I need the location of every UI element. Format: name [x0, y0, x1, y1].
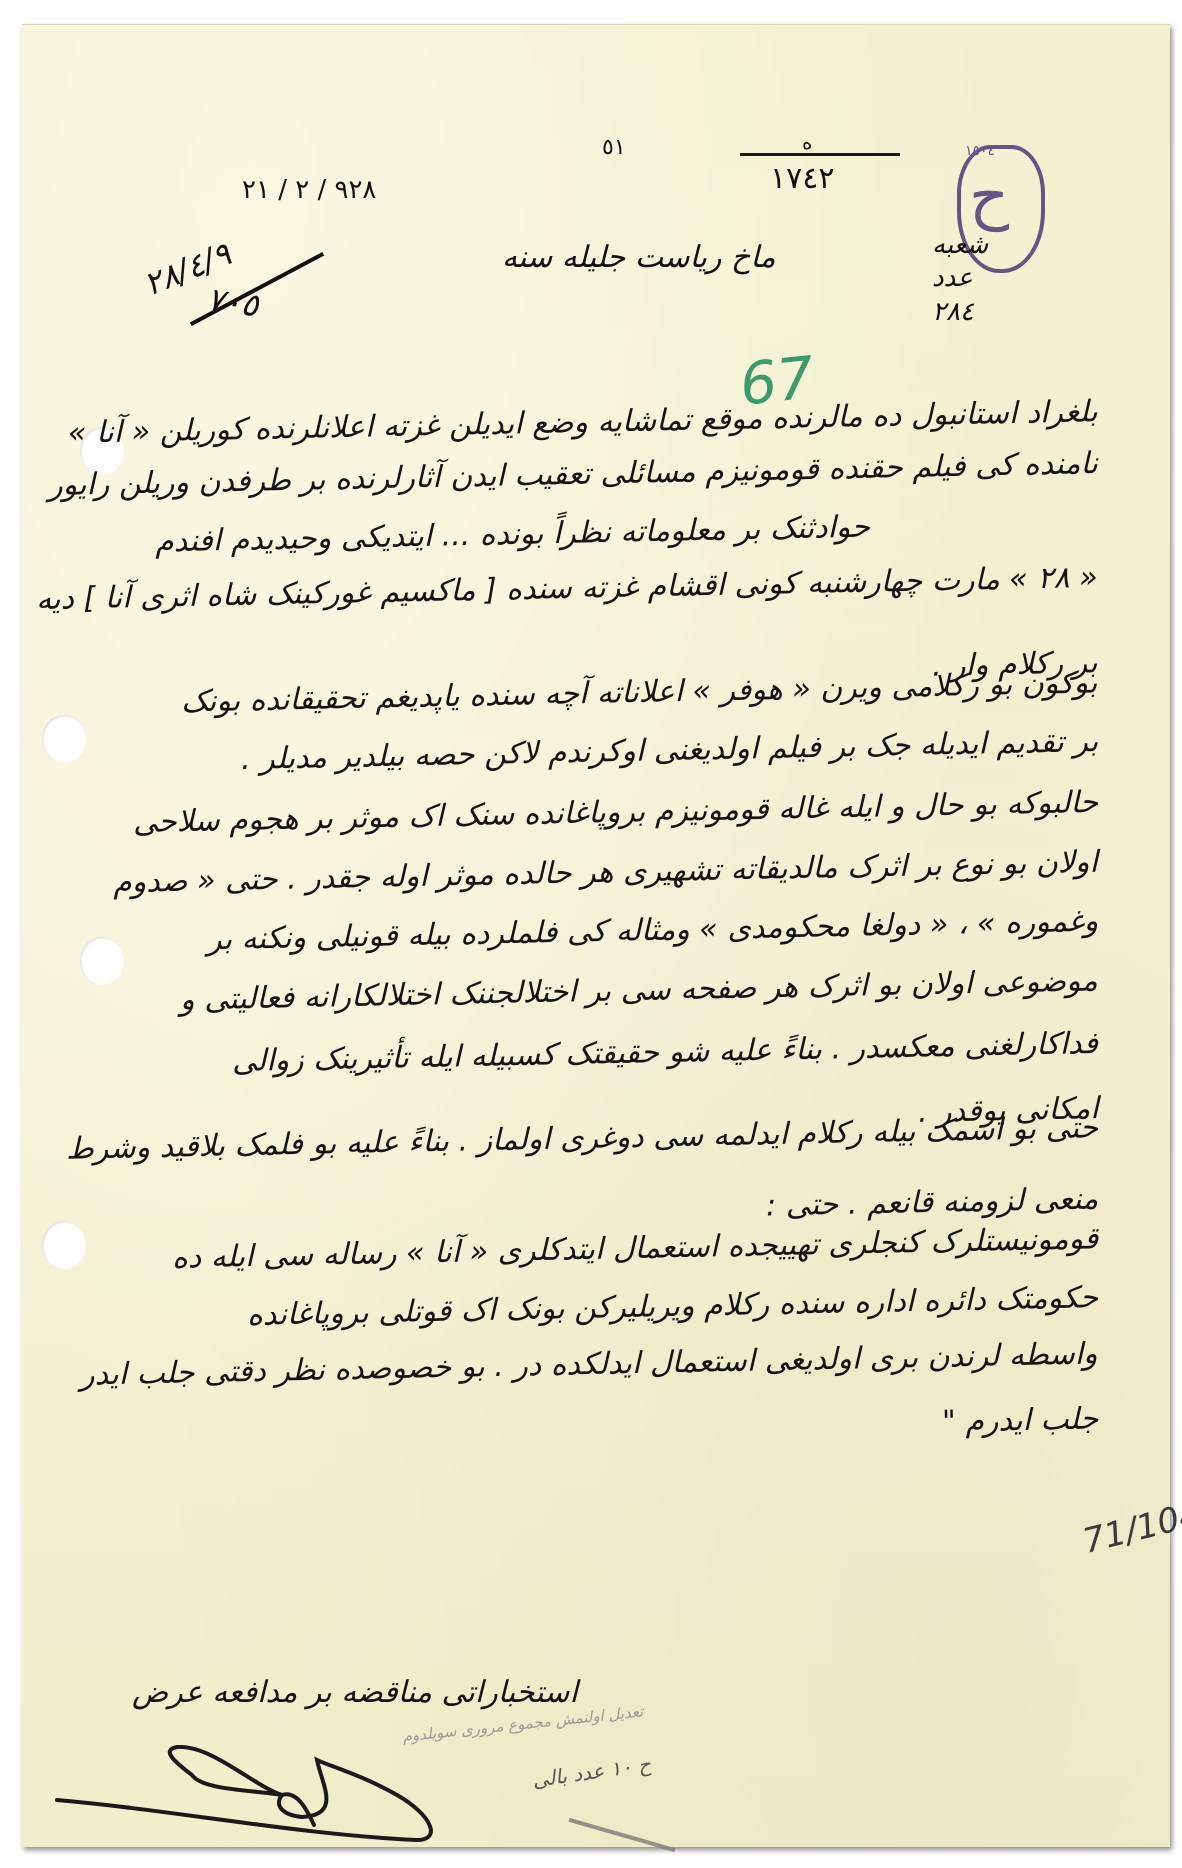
reference-divider-line [740, 153, 900, 156]
addressee-line: ماخ ریاست جلیله سنه [502, 240, 776, 275]
document-page: ٩٢٨ / ٢ / ٢١ ٥١ ه ١٧٤٢ ١٥٠٤ ح ماخ ریاست … [22, 24, 1170, 1847]
punch-hole [42, 715, 86, 763]
body-line: واسطه لرندن بری اولدیغی استعمال ایدلکده … [80, 1336, 1098, 1392]
stamp-digits: ١٥٠٤ [965, 143, 995, 159]
body-line: بر تقدیم ایدیله جک بر فیلم اولدیغنی اوکر… [240, 724, 1098, 777]
closing-line: استخباراتی مناقضه بر مدافعه عرض [132, 1675, 578, 1710]
section-label: شعبه [932, 230, 988, 260]
stamp-monogram-icon: ح [969, 159, 1009, 232]
body-line: جلب ایدرم " [941, 1401, 1098, 1439]
body-line: وغموره » ، « دولغا محکومدی » ومثاله کی ف… [206, 904, 1098, 958]
body-line: قومونیستلرک کنجلری تهییجده استعمال ایتدک… [171, 1221, 1098, 1275]
reference-numerator: ه [802, 130, 812, 154]
body-line: حالبوکه بو حال و ایله غاله قومونیزم بروپ… [133, 785, 1099, 840]
body-line: حکومتک دائره اداره سنده رکلام ویریلیرکن … [247, 1280, 1099, 1333]
marginal-signature-note: ح ١٠ عدد بالی [531, 1752, 652, 1792]
body-line: بلغراد استانبول ده مالرنده موقع تماشایه … [68, 394, 1098, 451]
punch-hole [42, 1221, 86, 1269]
pencil-underline [569, 1818, 676, 1852]
body-line: حوادثنک بر معلوماته نظراً بونده ... ایتد… [155, 510, 870, 560]
signature-icon [52, 1745, 472, 1855]
document-date: ٩٢٨ / ٢ / ٢١ [242, 175, 376, 205]
pencil-folio-number: 71/104 [1079, 1494, 1182, 1562]
body-line: اولان بو نوع بر اثرک مالدیقاته تشهیری هر… [113, 845, 1098, 901]
body-line: حتی بو اسمک بیله رکلام ایدلمه سی دوغری ا… [65, 1110, 1098, 1167]
body-line: بوکون بو رکلامی ویرن « هوفر » اعلاناته آ… [181, 665, 1098, 719]
body-line: فداکارلغنی معکسدر . بناءً علیه شو حقیقتک… [232, 1026, 1099, 1079]
body-line: « ٢٨ » مارت چهارشنبه کونی اقشام غزته سند… [36, 560, 1098, 617]
body-line: نامنده کی فیلم حقنده قومونیزم مسائلی تعق… [48, 446, 1099, 503]
body-line: موضوعی اولان بو اثرک هر صفحه سی بر اختلا… [180, 963, 1098, 1017]
marginal-number-note: ٧٠٥ [205, 280, 261, 325]
document-number: ٢٨٤ [932, 297, 974, 327]
body-line: منعی لزومنه قانعم . حتی : [765, 1182, 1098, 1224]
number-label: عدد [932, 263, 973, 293]
reference-mark: ٥١ [602, 135, 626, 160]
reference-number: ١٧٤٢ [770, 161, 834, 196]
punch-hole [80, 937, 124, 985]
